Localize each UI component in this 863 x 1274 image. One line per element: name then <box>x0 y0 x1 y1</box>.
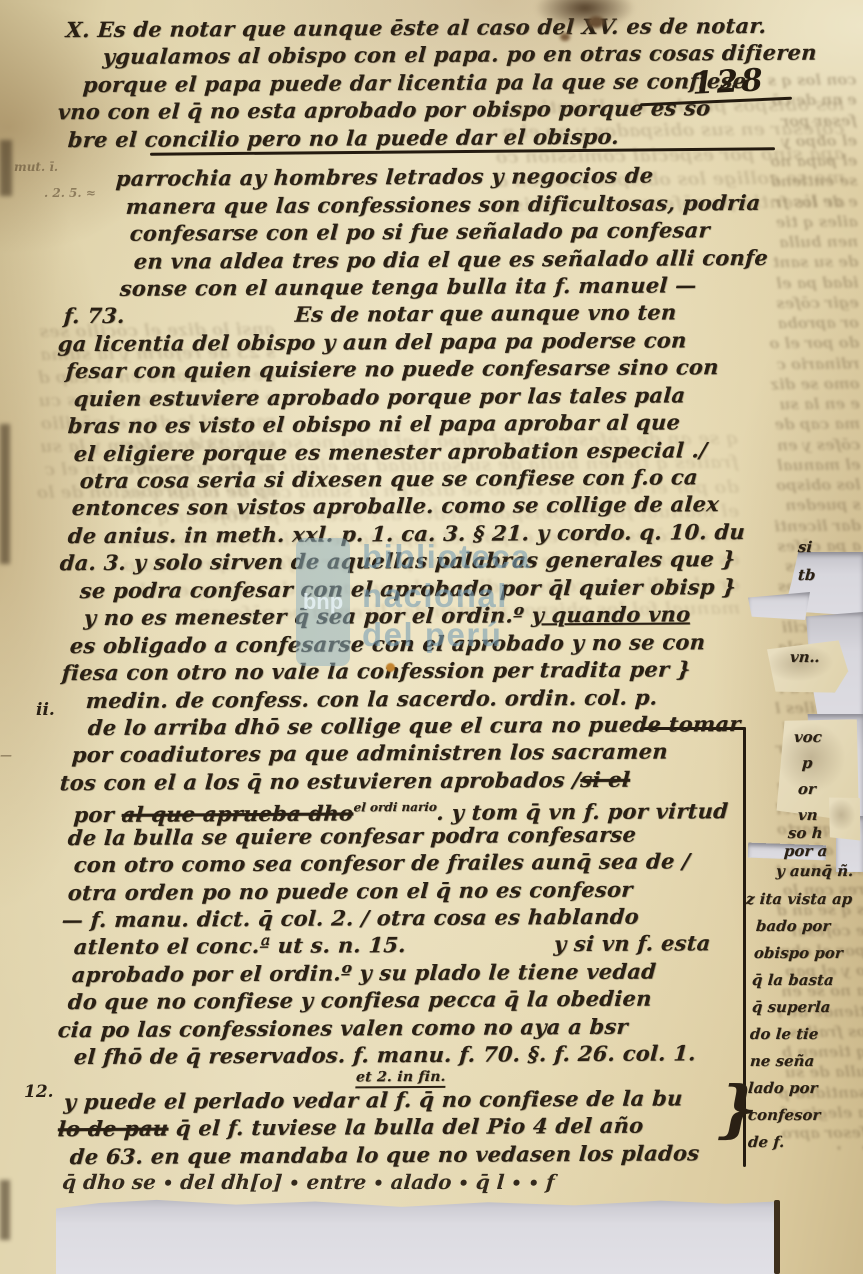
line-segment: aprobado por el ordin.º y su plado le ti… <box>71 958 657 987</box>
line-segment: otra orden po no puede con el q̄ no es c… <box>67 876 633 904</box>
manuscript-line-18: entonces son vistos aproballe. como se c… <box>57 490 789 522</box>
margin-note: bado por <box>755 917 831 935</box>
pasted-paper-strip <box>56 1196 776 1274</box>
line-segment: ygualamos al obispo con el papa. po en o… <box>102 40 817 69</box>
margin-note: de f. <box>747 1133 785 1151</box>
margin-note: y aunq̄ ñ. <box>775 862 854 880</box>
line-segment: el eligiere porque es menester aprobatio… <box>73 437 708 466</box>
line-segment: otra cosa seria si dixesen que se confie… <box>79 464 699 493</box>
manuscript-line-25: medin. de confess. con la sacerdo. ordin… <box>57 682 789 714</box>
margin-note: p <box>801 754 813 772</box>
manuscript-line-5: bre el concilio pero no la puede dar el … <box>57 122 789 154</box>
manuscript-line-9: en vna aldea tres po dia el que es señal… <box>57 243 789 275</box>
line-segment: cia po las confessiones valen como no ay… <box>57 1013 629 1041</box>
line-segment: medin. de confess. con la sacerdo. ordin… <box>85 684 658 712</box>
line-segment: porque el papa puede dar licentia pa la … <box>82 68 747 97</box>
line-segment: confesarse con el po si fue señalado pa … <box>129 217 711 246</box>
margin-note: vn‥ <box>789 648 820 666</box>
manuscript-line-38: el fhō de q̄ reservados. f. manu. f. 70.… <box>57 1039 789 1071</box>
manuscript-line-15: bras no es visto el obispo ni el papa ap… <box>57 408 789 440</box>
margin-note: vn <box>797 806 818 824</box>
manuscript-line-42: de 63. en que mandaba lo que no vedasen … <box>57 1138 789 1170</box>
manuscript-page: con los q se an de cōfesar por el obpo y… <box>0 0 863 1274</box>
line-segment: atlento el conc.ª ut s. n. 15. <box>73 933 407 960</box>
page-fold-line <box>774 1200 780 1274</box>
line-segment: si el <box>580 767 631 792</box>
margin-note: or <box>797 780 816 798</box>
partial-cut-line: q̄ dho se ∙ del dh[o] ∙ entre ∙ alado ∙ … <box>61 1170 763 1200</box>
margin-note: confesor <box>747 1106 821 1124</box>
line-segment: do que no confiese y confiesa pecca q̄ l… <box>67 986 652 1015</box>
line-segment: por coadiutores pa que administren los s… <box>71 739 669 768</box>
margin-note: q̄ superla <box>751 998 831 1016</box>
manuscript-line-34: atlento el conc.ª ut s. n. 15.y si vn f.… <box>57 929 789 961</box>
line-segment: el ordi nario <box>353 800 437 815</box>
line-segment: Es de notar que aunque vno ten <box>294 300 677 327</box>
line-segment: y no es menester q̄ sea por el ordin.º <box>83 603 532 631</box>
line-segment: fiesa con otro no vale la confession per… <box>61 656 692 685</box>
line-segment: entonces son vistos aproballe. como se c… <box>71 492 720 521</box>
line-segment: bras no es visto el obispo ni el papa ap… <box>67 410 681 439</box>
line-segment: quien estuviere aprobado porque por las … <box>73 382 686 411</box>
line-segment: y quando vno <box>531 602 691 628</box>
line-segment: de la bulla se quiere confesar podra con… <box>67 821 637 849</box>
margin-note: so h <box>787 824 823 842</box>
line-segment: se podra confesar con el aprobado por q̄… <box>79 574 737 603</box>
line-segment: — f. manu. dict. q̄ col. 2. / otra cosa … <box>61 904 640 933</box>
manuscript-line-24: fiesa con otro no vale la confession per… <box>57 655 789 687</box>
left-margin-mark: — <box>0 748 12 762</box>
manuscript-text-block: X. Es de notar que aunque ēste al caso d… <box>58 14 788 1168</box>
line-segment: sonse con el aunque tenga bulla ita f. m… <box>119 272 697 301</box>
left-margin-mark: . 2. 5. ≈ <box>44 186 96 200</box>
line-segment: fesar con quien quisiere no puede confes… <box>65 354 720 383</box>
manuscript-line-8: confesarse con el po si fue señalado pa … <box>57 216 789 248</box>
manuscript-line-29: por al que aprueba dhoel ordi nario. y t… <box>57 792 789 824</box>
manuscript-line-4: vno con el q̄ no esta aprobado por obisp… <box>57 94 789 126</box>
manuscript-line-13: fesar con quien quisiere no puede confes… <box>57 353 789 385</box>
page-edge-mark <box>0 1180 10 1240</box>
page-edge-mark <box>0 140 12 196</box>
line-segment: de 63. en que mandaba lo que no vedasen … <box>69 1140 700 1169</box>
line-segment: bre el concilio pero no la puede dar el … <box>67 124 620 152</box>
margin-note: ne seña <box>749 1052 815 1070</box>
line-segment: X. Es de notar que aunque ēste al caso d… <box>65 13 767 42</box>
margin-note: lado por <box>747 1079 818 1097</box>
manuscript-line-31: con otro como sea confesor de frailes au… <box>57 847 789 879</box>
line-segment: lo de pau <box>57 1116 169 1142</box>
line-segment: f. 73. <box>63 303 126 328</box>
manuscript-line-22: y no es menester q̄ sea por el ordin.º y… <box>57 600 789 632</box>
line-segment: parrochia ay hombres letrados y negocios… <box>115 163 654 191</box>
margin-note: voc <box>793 728 822 746</box>
line-segment <box>405 952 553 953</box>
line-segment: manera que las confessiones son dificult… <box>125 190 761 219</box>
manuscript-line-36: do que no confiese y confiesa pecca q̄ l… <box>57 984 789 1016</box>
line-segment <box>124 322 294 323</box>
manuscript-line-2: ygualamos al obispo con el papa. po en o… <box>57 39 789 71</box>
line-segment: de lo arriba dhō se collige que el cura … <box>87 711 741 740</box>
line-segment: ga licentia del obispo y aun del papa pa… <box>57 327 687 356</box>
margin-note: do le tie <box>749 1025 819 1043</box>
page-edge-mark <box>0 424 10 564</box>
margin-note: tb <box>797 566 816 584</box>
left-margin-mark: mut. ī. <box>14 160 58 174</box>
margin-note: obispo por <box>753 944 843 962</box>
margin-note: z ita vista ap <box>745 890 853 908</box>
line-segment: es obligado a confesarse con el aprobado… <box>69 629 706 658</box>
manuscript-line-27: por coadiutores pa que administren los s… <box>57 737 789 769</box>
line-segment: y si vn f. esta <box>553 931 711 957</box>
line-segment: en vna aldea tres po dia el que es señal… <box>133 244 769 273</box>
line-segment: con otro como sea confesor de frailes au… <box>73 848 691 877</box>
line-segment: vno con el q̄ no esta aprobado por obisp… <box>57 96 711 125</box>
manuscript-line-20: da. 3. y solo sirven de aquellas palabra… <box>57 545 789 577</box>
manuscript-line-6: parrochia ay hombres letrados y negocios… <box>57 161 789 193</box>
margin-note: si <box>797 538 812 556</box>
margin-note: q̄ la basta <box>751 971 834 989</box>
line-segment: q̄ el f. tuviese la bulla del Pio 4 del … <box>168 1113 645 1141</box>
margin-note: por a <box>783 842 828 860</box>
line-segment: de anius. in meth. xxl. p. 1. ca. 3. § 2… <box>67 519 746 548</box>
line-segment: el fhō de q̄ reservados. f. manu. f. 70.… <box>73 1041 697 1070</box>
line-segment: tos con el a los q̄ no estuvieren aproba… <box>59 767 581 795</box>
left-margin-mark: 12. <box>24 1082 54 1102</box>
left-margin-mark: ii. <box>36 700 55 720</box>
line-segment: y puede el perlado vedar al f. q̄ no con… <box>63 1085 683 1114</box>
manuscript-line-41: lo de pau q̄ el f. tuviese la bulla del … <box>57 1111 789 1143</box>
torn-paper-fragment <box>826 794 863 843</box>
line-segment: da. 3. y solo sirven de aquellas palabra… <box>59 546 736 575</box>
manuscript-line-11: f. 73.Es de notar que aunque vno ten <box>57 298 789 330</box>
